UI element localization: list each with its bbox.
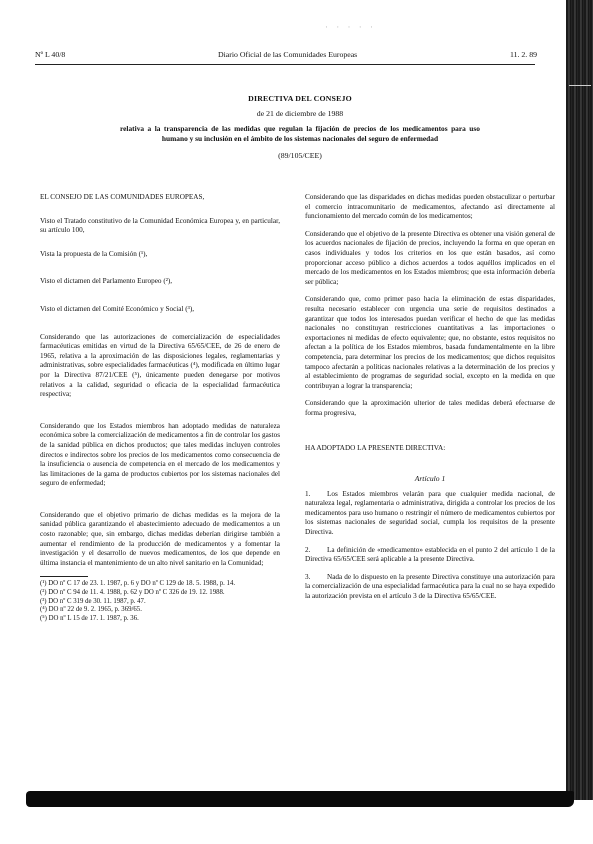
directive-description: relativa a la transparencia de las medid… [120,124,480,143]
considerando-paragraph: Considerando que el objetivo primario de… [40,511,280,569]
directive-heading: DIRECTIVA DEL CONSEJO [120,94,480,103]
paragraph-number: 1. [305,490,327,500]
considerando-paragraph: Considerando que las disparidades en dic… [305,193,555,222]
footnote: (⁵) DO nº L 15 de 17. 1. 1987, p. 36. [40,615,280,624]
considerando-paragraph: Considerando que las autorizaciones de c… [40,333,280,400]
visto-paragraph: Visto el dictamen del Parlamento Europeo… [40,277,280,287]
considerando-paragraph: Considerando que la aproximación ulterio… [305,399,555,418]
considerando-paragraph: Considerando que, como primer paso hacia… [305,295,555,391]
scan-edge-shadow [566,0,593,800]
journal-title: Diario Oficial de las Comunidades Europe… [218,50,357,59]
footnote: (⁴) DO nº 22 de 9. 2. 1965, p. 369/65. [40,606,280,615]
paragraph-text: Nada de lo dispuesto en la presente Dire… [305,573,555,600]
considerando-paragraph: Considerando que los Estados miembros ha… [40,422,280,489]
footnote: (¹) DO nº C 17 de 23. 1. 1987, p. 6 y DO… [40,580,280,589]
paragraph-text: Los Estados miembros velarán para que cu… [305,490,555,536]
header-rule [35,64,535,65]
paragraph-number: 2. [305,546,327,556]
article-paragraph: 3.Nada de lo dispuesto en la presente Di… [305,573,555,602]
document-page: · · · · · Nº L 40/8 Diario Oficial de la… [0,0,593,844]
visto-paragraph: Visto el dictamen del Comité Económico y… [40,305,280,315]
article-paragraph: 1.Los Estados miembros velarán para que … [305,490,555,538]
visto-paragraph: Vista la propuesta de la Comisión (¹), [40,250,280,260]
visto-paragraph: Visto el Tratado constitutivo de la Comu… [40,217,280,236]
scan-bottom-shadow [26,791,574,807]
directive-title-block: DIRECTIVA DEL CONSEJO de 21 de diciembre… [120,94,480,160]
paragraph-text: La definición de «medicamento» estableci… [305,546,555,564]
footnote: (³) DO nº C 319 de 30. 11. 1987, p. 47. [40,598,280,607]
article-title: Artículo 1 [305,474,555,484]
directive-date: de 21 de diciembre de 1988 [120,109,480,118]
scan-artifact: · · · · · [325,22,385,36]
article-paragraph: 2.La definición de «medicamento» estable… [305,546,555,565]
considerando-paragraph: Considerando que el objetivo de la prese… [305,230,555,288]
paragraph-number: 3. [305,573,327,583]
directive-reference: (89/105/CEE) [120,151,480,160]
footnote-rule [40,576,88,577]
council-heading: EL CONSEJO DE LAS COMUNIDADES EUROPEAS, [40,193,280,203]
right-column: Considerando que las disparidades en dic… [305,193,555,602]
journal-issue-number: Nº L 40/8 [35,50,65,59]
journal-date: 11. 2. 89 [510,50,537,59]
adoption-statement: HA ADOPTADO LA PRESENTE DIRECTIVA: [305,444,555,454]
left-column: EL CONSEJO DE LAS COMUNIDADES EUROPEAS, … [40,193,280,623]
footnote: (²) DO nº C 94 de 11. 4. 1988, p. 62 y D… [40,589,280,598]
